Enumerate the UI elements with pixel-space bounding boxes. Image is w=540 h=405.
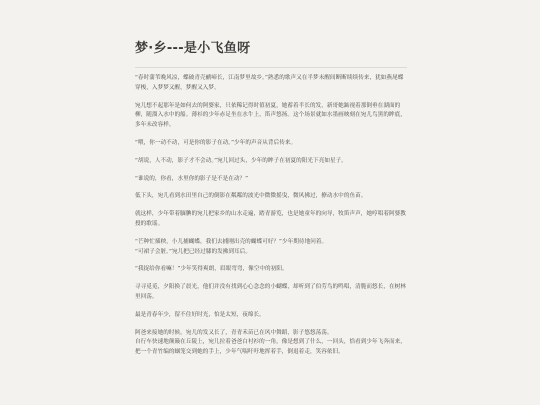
paragraph: “芒种忙插秧，小儿捕蝴蝶，我们去捕刚出壳的蝴蝶可好？”少年期待地问着。 [135,238,407,248]
paragraph: 低下头，宛儿看到水田里自己的倒影在粼粼的波光中微微摇曳，微风拂过，撩动水中的鱼苗… [135,192,407,202]
paragraph: “可裙子会脏。”宛儿把已经过膝的发拂到耳后。 [135,248,407,258]
paragraph: 就这样，少年带着腼腆的宛儿把家乡的山水走遍，踏青游览，也是她童年的向导，牧笛声声… [135,210,407,230]
paragraph: “胡说，人不动，影子才不会动。”宛儿回过头，少年的眸子在初夏的阳光下亮如星子。 [135,157,407,167]
paragraph: 阿爸来接她的时候，宛儿的发又长了，青青禾苗已在风中舞蹈，影子悠悠荡荡。 [135,329,407,339]
title-divider [135,67,407,68]
paragraph: “我捉给你看嘛！”少年笑得爽朗，眉眼弯弯，像空中的初阳。 [135,265,407,275]
article: 梦·乡---是小飞鱼呀 “春时蒲苇晚风凉，蝶破青壳鹂啼长，江南梦里故乡。”熟悉的… [135,38,407,366]
article-title: 梦·乡---是小飞鱼呀 [135,38,407,60]
paragraph: 宛儿想不起那年是如何去的阿婆家，只依稀记得时值初夏，她蓄着半长的发，新哥她踮视着… [135,102,407,131]
paragraph: 寻寻觅觅，夕阳换了晨光，他们并没有找到心心念念的小蝴蝶，却听到了伯劳鸟的鸣唱，清… [135,283,407,303]
paragraph: 自行车快速地颠簸在丘陵上，宛儿拉着爸爸白衬衫的一角，像是想到了什么，一回头，恰看… [135,338,407,358]
paragraph: “谁说的，你看，水里你的影子是不是在动？” [135,175,407,185]
paragraph: 最是青春年少，留不住好时光，怕是太短，夜绵长。 [135,311,407,321]
paragraph: “春时蒲苇晚风凉，蝶破青壳鹂啼长，江南梦里故乡。”熟悉的歌声又在半梦未醒间断断续… [135,74,407,94]
paragraph: “喂，你一动不动，可是你的影子在动。”少年的声音从背后传来。 [135,139,407,149]
